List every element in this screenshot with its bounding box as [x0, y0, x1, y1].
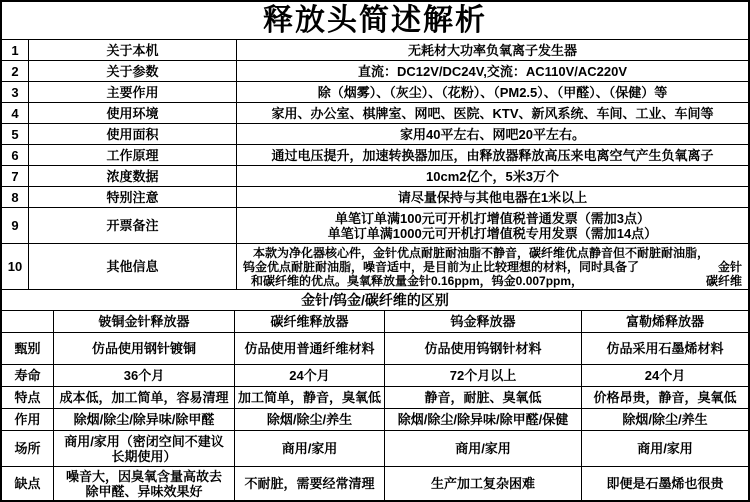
comparison-column-header: 铍铜金针释放器 [54, 311, 235, 332]
row-number: 3 [2, 82, 29, 102]
comparison-cell: 72个月以上 [385, 365, 582, 386]
comparison-cell: 仿品采用石墨烯材料 [582, 333, 748, 364]
invoice-note-line: 单笔订单满100元可开机打增值税普通发票（需加3点） [335, 211, 650, 226]
comparison-header-row: 铍铜金针释放器 碳纤维释放器 钨金释放器 富勒烯释放器 [2, 311, 748, 333]
comparison-cell: 仿品使用普通纤维材料 [235, 333, 385, 364]
other-info-line: 和碳纤维的优点。臭氧释放量金针0.16ppm，钨金0.007ppm， 碳纤维 [243, 274, 742, 288]
title-row: 释放头简述解析 [2, 2, 748, 40]
row-content: 10cm2亿个，5米3万个 [237, 166, 748, 186]
table-row: 3 主要作用 除（烟雾）、（灰尘）、（花粉）、（PM2.5）、（甲醛）、（保健）… [2, 82, 748, 103]
comparison-row-label: 特点 [2, 387, 54, 408]
row-number: 6 [2, 145, 29, 165]
row-content: 直流：DC12V/DC24V,交流：AC110V/AC220V [237, 61, 748, 81]
comparison-cell: 36个月 [54, 365, 235, 386]
comparison-cell: 除烟/除尘/养生 [582, 409, 748, 430]
comparison-cell: 即便是石墨烯也很贵 [582, 467, 748, 500]
row-label: 浓度数据 [29, 166, 237, 186]
table-row: 5 使用面积 家用40平左右、网吧20平左右。 [2, 124, 748, 145]
row-label: 关于参数 [29, 61, 237, 81]
other-info-text: 金针 [718, 260, 742, 274]
row-label: 工作原理 [29, 145, 237, 165]
table-row: 4 使用环境 家用、办公室、棋牌室、网吧、医院、KTV、新风系统、车间、工业、车… [2, 103, 748, 124]
table-row: 7 浓度数据 10cm2亿个，5米3万个 [2, 166, 748, 187]
comparison-row: 寿命 36个月 24个月 72个月以上 24个月 [2, 365, 748, 387]
comparison-row-label: 缺点 [2, 467, 54, 500]
row-number: 8 [2, 187, 29, 207]
row-content: 家用40平左右、网吧20平左右。 [237, 124, 748, 144]
row-content: 通过电压提升，加速转换器加压，由释放器释放高压来电离空气产生负氧离子 [237, 145, 748, 165]
comparison-cell: 仿品使用钨钢针材料 [385, 333, 582, 364]
other-info-line: 钨金优点耐脏耐油脂，噪音适中，是目前为止比较理想的材料，同时具备了 金针 [243, 260, 742, 274]
comparison-row: 场所 商用/家用（密闭空间不建议长期使用） 商用/家用 商用/家用 商用/家用 [2, 431, 748, 467]
row-label: 使用面积 [29, 124, 237, 144]
comparison-cell: 除烟/除尘/除异味/除甲醛 [54, 409, 235, 430]
row-label: 使用环境 [29, 103, 237, 123]
row-number: 7 [2, 166, 29, 186]
comparison-row-label: 作用 [2, 409, 54, 430]
comparison-cell: 噪音大，因臭氧含量高故去除甲醛、异味效果好 [54, 467, 235, 500]
comparison-cell: 商用/家用（密闭空间不建议长期使用） [54, 431, 235, 466]
comparison-row-label: 场所 [2, 431, 54, 466]
row-number: 1 [2, 40, 29, 60]
other-info-text: 碳纤维 [706, 274, 742, 288]
comparison-cell: 商用/家用 [385, 431, 582, 466]
comparison-column-header: 碳纤维释放器 [235, 311, 385, 332]
row-label: 开票备注 [29, 208, 237, 243]
row-content: 单笔订单满100元可开机打增值税普通发票（需加3点） 单笔订单满1000元可开机… [237, 208, 748, 243]
row-label: 关于本机 [29, 40, 237, 60]
table-row: 2 关于参数 直流：DC12V/DC24V,交流：AC110V/AC220V [2, 61, 748, 82]
section-header: 金针/钨金/碳纤维的区别 [2, 290, 748, 310]
other-info-text: 和碳纤维的优点。臭氧释放量金针0.16ppm，钨金0.007ppm， [243, 274, 583, 288]
other-info-line: 本款为净化器核心件，金针优点耐脏耐油脂不静音，碳纤维优点静音但不耐脏耐油脂， [243, 246, 742, 260]
table-row: 9 开票备注 单笔订单满100元可开机打增值税普通发票（需加3点） 单笔订单满1… [2, 208, 748, 244]
comparison-row-label: 甄别 [2, 333, 54, 364]
row-number: 5 [2, 124, 29, 144]
table-row: 1 关于本机 无耗材大功率负氧离子发生器 [2, 40, 748, 61]
comparison-cell: 不耐脏，需要经常清理 [235, 467, 385, 500]
comparison-cell: 价格昂贵，静音，臭氧低 [582, 387, 748, 408]
spec-sheet-page: 释放头简述解析 1 关于本机 无耗材大功率负氧离子发生器 2 关于参数 直流：D… [0, 0, 750, 502]
comparison-column-header: 钨金释放器 [385, 311, 582, 332]
comparison-cell: 仿品使用钢针镀铜 [54, 333, 235, 364]
row-content: 无耗材大功率负氧离子发生器 [237, 40, 748, 60]
comparison-cell: 24个月 [582, 365, 748, 386]
comparison-cell: 商用/家用 [582, 431, 748, 466]
comparison-row: 甄别 仿品使用钢针镀铜 仿品使用普通纤维材料 仿品使用钨钢针材料 仿品采用石墨烯… [2, 333, 748, 365]
table-row: 10 其他信息 本款为净化器核心件，金针优点耐脏耐油脂不静音，碳纤维优点静音但不… [2, 244, 748, 290]
other-info-text: 钨金优点耐脏耐油脂，噪音适中，是目前为止比较理想的材料，同时具备了 [243, 260, 639, 274]
page-title: 释放头简述解析 [2, 2, 748, 39]
table-row: 8 特别注意 请尽量保持与其他电器在1米以上 [2, 187, 748, 208]
row-number: 4 [2, 103, 29, 123]
comparison-corner-cell [2, 311, 54, 332]
row-label: 特别注意 [29, 187, 237, 207]
row-number: 2 [2, 61, 29, 81]
comparison-row-label: 寿命 [2, 365, 54, 386]
row-content: 本款为净化器核心件，金针优点耐脏耐油脂不静音，碳纤维优点静音但不耐脏耐油脂， 钨… [237, 244, 748, 289]
row-label: 主要作用 [29, 82, 237, 102]
table-row: 6 工作原理 通过电压提升，加速转换器加压，由释放器释放高压来电离空气产生负氧离… [2, 145, 748, 166]
comparison-cell: 商用/家用 [235, 431, 385, 466]
other-info-text: 本款为净化器核心件，金针优点耐脏耐油脂不静音，碳纤维优点静音但不耐脏耐油脂， [243, 246, 709, 260]
comparison-column-header: 富勒烯释放器 [582, 311, 748, 332]
comparison-cell: 静音，耐脏、臭氧低 [385, 387, 582, 408]
invoice-note-line: 单笔订单满1000元可开机打增值税专用发票（需加14点） [328, 226, 657, 241]
comparison-cell: 除烟/除尘/养生 [235, 409, 385, 430]
spec-sheet: 释放头简述解析 1 关于本机 无耗材大功率负氧离子发生器 2 关于参数 直流：D… [0, 0, 750, 502]
comparison-row: 作用 除烟/除尘/除异味/除甲醛 除烟/除尘/养生 除烟/除尘/除异味/除甲醛/… [2, 409, 748, 431]
row-content: 除（烟雾）、（灰尘）、（花粉）、（PM2.5）、（甲醛）、（保健）等 [237, 82, 748, 102]
comparison-cell: 加工简单，静音，臭氧低 [235, 387, 385, 408]
row-number: 9 [2, 208, 29, 243]
row-content: 请尽量保持与其他电器在1米以上 [237, 187, 748, 207]
row-label: 其他信息 [29, 244, 237, 289]
row-number: 10 [2, 244, 29, 289]
comparison-cell: 成本低，加工简单，容易清理 [54, 387, 235, 408]
row-content: 家用、办公室、棋牌室、网吧、医院、KTV、新风系统、车间、工业、车间等 [237, 103, 748, 123]
section-header-row: 金针/钨金/碳纤维的区别 [2, 290, 748, 311]
comparison-cell: 生产加工复杂困难 [385, 467, 582, 500]
comparison-row: 特点 成本低，加工简单，容易清理 加工简单，静音，臭氧低 静音，耐脏、臭氧低 价… [2, 387, 748, 409]
comparison-cell: 24个月 [235, 365, 385, 386]
comparison-row: 缺点 噪音大，因臭氧含量高故去除甲醛、异味效果好 不耐脏，需要经常清理 生产加工… [2, 467, 748, 500]
comparison-cell: 除烟/除尘/除异味/除甲醛/保健 [385, 409, 582, 430]
